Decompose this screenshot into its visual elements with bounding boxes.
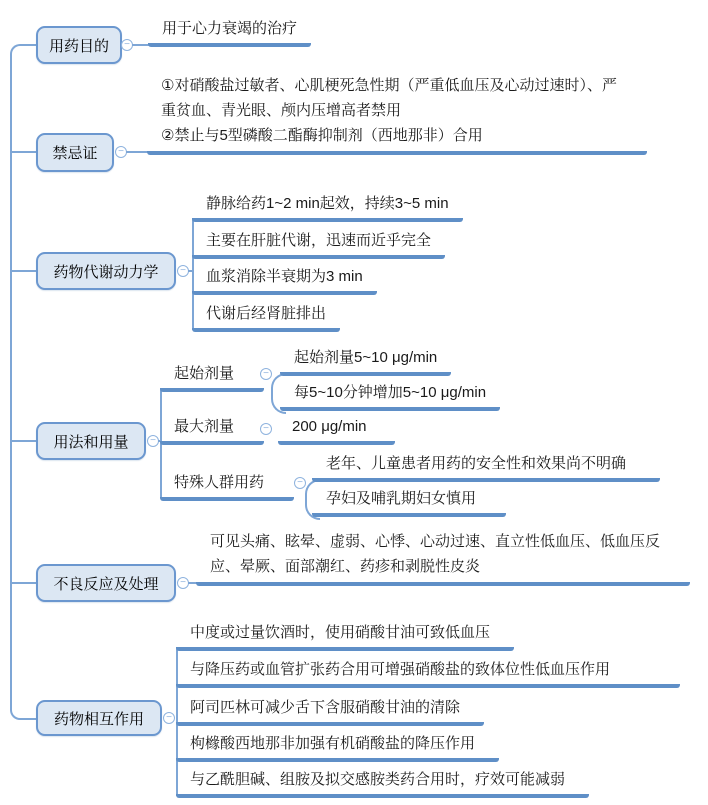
topic-purpose-label: 用药目的 [49, 35, 109, 56]
leaf-contraindications[interactable]: ①对硝酸盐过敏者、心肌梗死急性期（严重低血压及心动过速时）、严 重贫血、青光眼、… [147, 73, 647, 155]
leaf-initial-dose-start[interactable]: 起始剂量5~10 μg/min [280, 347, 451, 376]
minus-icon: − [166, 713, 172, 723]
collapse-toggle-interactions[interactable]: − [163, 712, 175, 724]
topic-contraindications-label: 禁忌证 [52, 142, 97, 163]
leaf-interaction-alcohol[interactable]: 中度或过量饮酒时，使用硝酸甘油可致低血压 [176, 622, 514, 651]
leaf-adverse-reactions[interactable]: 可见头痛、眩晕、虚弱、心悸、心动过速、直立性低血压、低血压反 应、晕厥、面部潮红… [196, 529, 690, 586]
leaf-interaction-sildenafil[interactable]: 枸橼酸西地那非加强有机硝酸盐的降压作用 [176, 733, 499, 762]
topic-contraindications[interactable]: 禁忌证 [36, 133, 114, 172]
topic-purpose[interactable]: 用药目的 [36, 26, 122, 64]
leaf-special-pregnancy[interactable]: 孕妇及哺乳期妇女慎用 [312, 488, 506, 517]
subtopic-special-populations[interactable]: 特殊人群用药 [160, 472, 294, 501]
trunk-top-curve [10, 44, 38, 60]
leaf-initial-dose-titration[interactable]: 每5~10分钟增加5~10 μg/min [280, 382, 500, 411]
branch-connector [10, 582, 36, 584]
branch-connector [10, 151, 36, 153]
topic-interactions-label: 药物相互作用 [54, 708, 144, 729]
minus-icon: − [263, 369, 269, 379]
mindmap-canvas: 用药目的 − 用于心力衰竭的治疗 禁忌证 − ①对硝酸盐过敏者、心肌梗死急性期（… [0, 0, 708, 805]
minus-icon: − [180, 266, 186, 276]
topic-dosage[interactable]: 用法和用量 [36, 422, 146, 460]
leaf-pk-excretion[interactable]: 代谢后经肾脏排出 [192, 303, 340, 332]
trunk-bottom-curve [10, 706, 38, 720]
minus-icon: − [150, 436, 156, 446]
topic-dosage-label: 用法和用量 [53, 431, 128, 452]
topic-pharmacokinetics-label: 药物代谢动力学 [53, 261, 158, 282]
branch-connector [10, 270, 36, 272]
branch-connector [10, 440, 36, 442]
collapse-toggle-max-dose[interactable]: − [260, 423, 272, 435]
leaf-interaction-antihypertensives[interactable]: 与降压药或血管扩张药合用可增强硝酸盐的致体位性低血压作用 [176, 659, 680, 688]
topic-interactions[interactable]: 药物相互作用 [36, 700, 162, 736]
collapse-toggle-special-populations[interactable]: − [294, 477, 306, 489]
leaf-max-dose-value[interactable]: 200 μg/min [278, 416, 395, 445]
topic-adverse-reactions-label: 不良反应及处理 [53, 573, 158, 594]
leaf-interaction-aspirin[interactable]: 阿司匹林可减少舌下含服硝酸甘油的清除 [176, 697, 484, 726]
topic-pharmacokinetics[interactable]: 药物代谢动力学 [36, 252, 176, 290]
minus-icon: − [118, 147, 124, 157]
leaf-pk-onset[interactable]: 静脉给药1~2 min起效，持续3~5 min [192, 193, 463, 222]
branch-connector [126, 151, 148, 153]
subtopic-initial-dose[interactable]: 起始剂量 [160, 363, 264, 392]
collapse-toggle-initial-dose[interactable]: − [260, 368, 272, 380]
minus-icon: − [297, 478, 303, 488]
leaf-pk-metabolism[interactable]: 主要在肝脏代谢，迅速而近乎完全 [192, 230, 445, 259]
minus-icon: − [124, 40, 130, 50]
leaf-interaction-acetylcholine[interactable]: 与乙酰胆碱、组胺及拟交感胺类药合用时，疗效可能减弱 [176, 769, 589, 798]
leaf-pk-halflife[interactable]: 血浆消除半衰期为3 min [192, 266, 377, 295]
minus-icon: − [180, 578, 186, 588]
leaf-special-elderly-children[interactable]: 老年、儿童患者用药的安全性和效果尚不明确 [312, 453, 660, 482]
topic-adverse-reactions[interactable]: 不良反应及处理 [36, 564, 176, 602]
leaf-purpose[interactable]: 用于心力衰竭的治疗 [148, 18, 311, 47]
minus-icon: − [263, 424, 269, 434]
subtopic-max-dose[interactable]: 最大剂量 [160, 416, 264, 445]
